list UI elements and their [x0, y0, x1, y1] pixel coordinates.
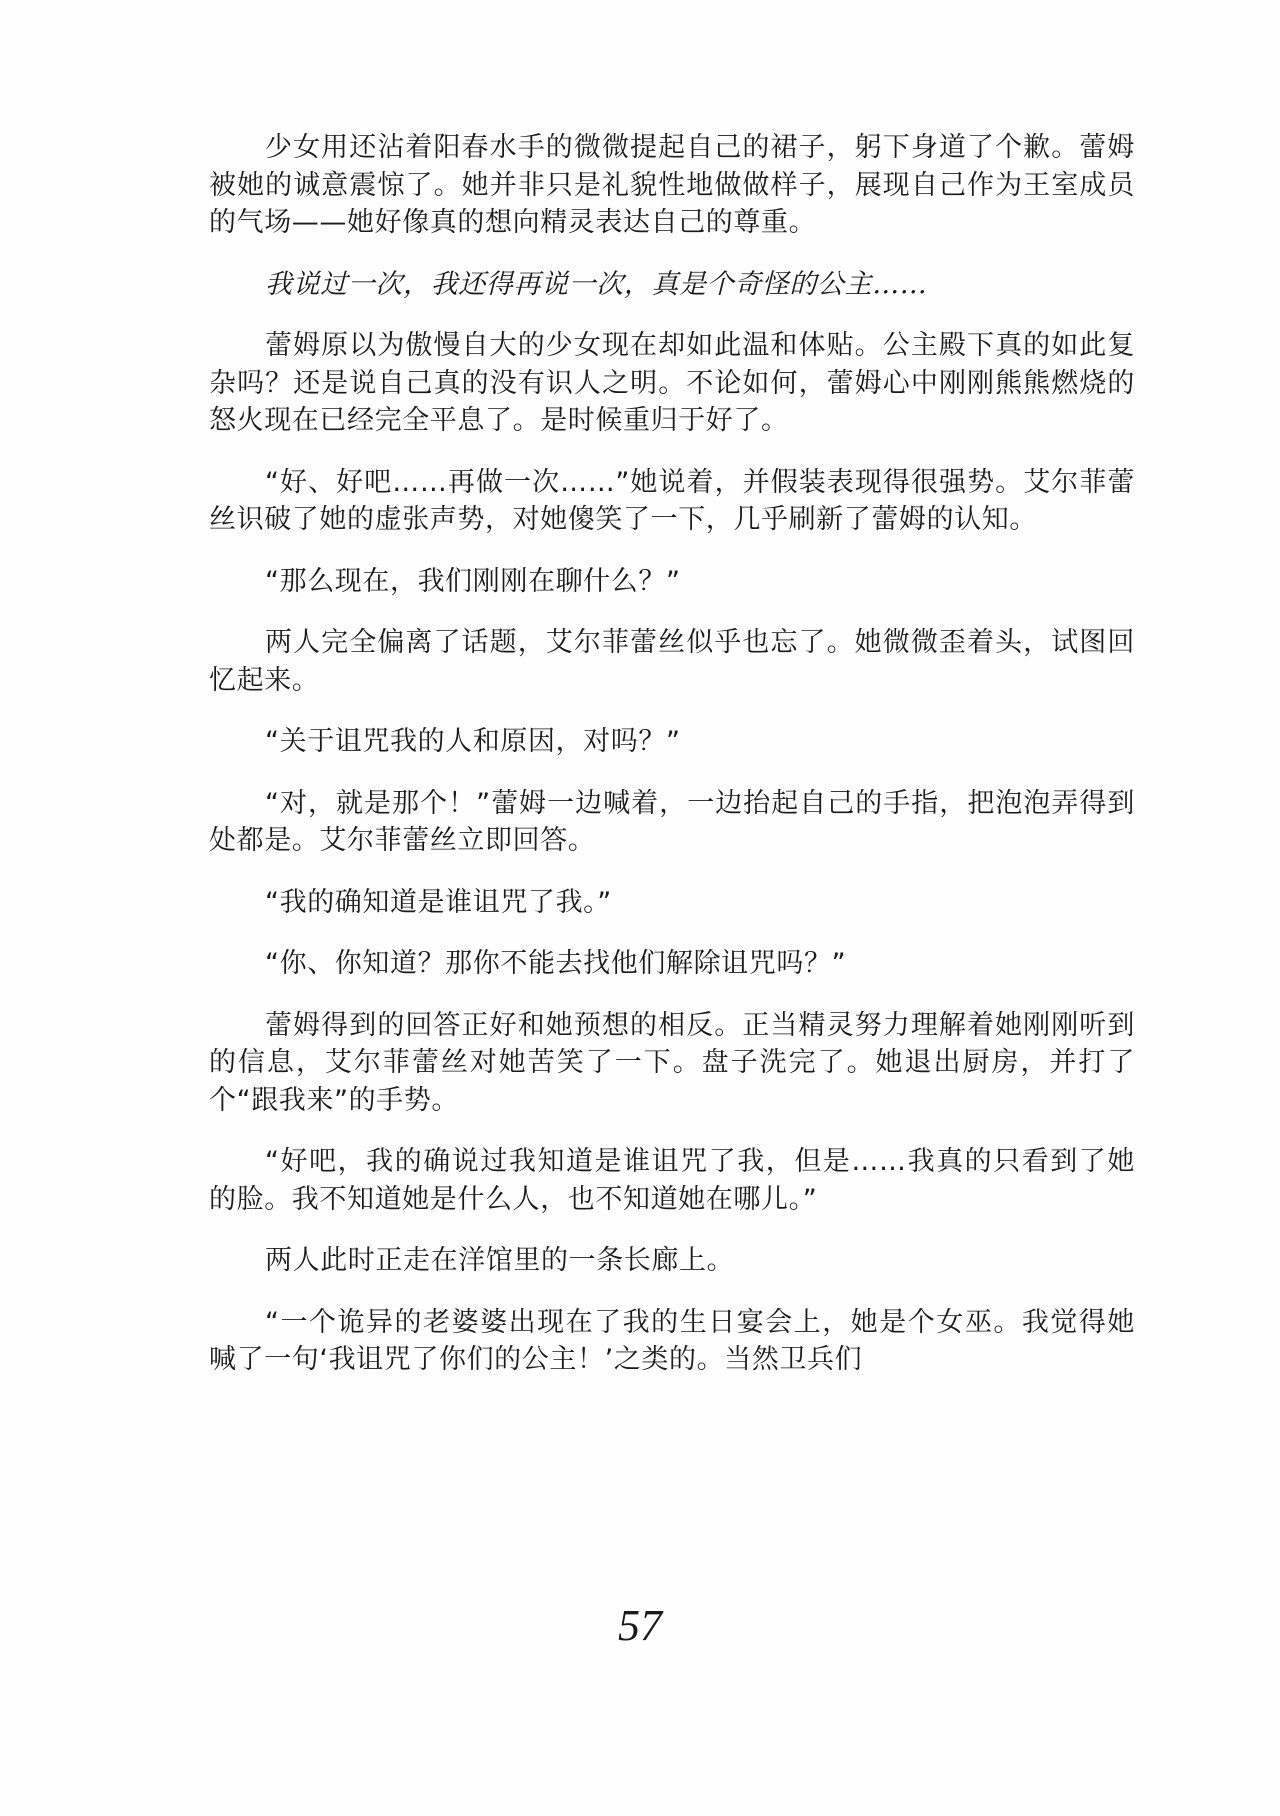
- paragraph: “好、好吧……再做一次……”她说着，并假装表现得很强势。艾尔菲蕾丝识破了她的虚张…: [209, 464, 1135, 539]
- paragraph: 蕾姆得到的回答正好和她预想的相反。正当精灵努力理解着她刚刚听到的信息，艾尔菲蕾丝…: [209, 1007, 1135, 1120]
- page-number: 57: [0, 1600, 1280, 1651]
- paragraph: “我的确知道是谁诅咒了我。”: [209, 884, 1135, 922]
- paragraph: 两人完全偏离了话题，艾尔菲蕾丝似乎也忘了。她微微歪着头，试图回忆起来。: [209, 624, 1135, 699]
- paragraph: “对，就是那个！”蕾姆一边喊着，一边抬起自己的手指，把泡泡弄得到处都是。艾尔菲蕾…: [209, 785, 1135, 860]
- paragraph-inner-thought: 我说过一次，我还得再说一次，真是个奇怪的公主……: [209, 266, 1135, 304]
- paragraph: 两人此时正走在洋馆里的一条长廊上。: [209, 1242, 1135, 1280]
- page-body-text: 少女用还沾着阳春水手的微微提起自己的裙子，躬下身道了个歉。蕾姆被她的诚意震惊了。…: [209, 129, 1135, 1403]
- paragraph: “你、你知道？那你不能去找他们解除诅咒吗？”: [209, 945, 1135, 983]
- paragraph: “一个诡异的老婆婆出现在了我的生日宴会上，她是个女巫。我觉得她喊了一句‘我诅咒了…: [209, 1304, 1135, 1379]
- book-page: 少女用还沾着阳春水手的微微提起自己的裙子，躬下身道了个歉。蕾姆被她的诚意震惊了。…: [0, 0, 1280, 1816]
- paragraph: 蕾姆原以为傲慢自大的少女现在却如此温和体贴。公主殿下真的如此复杂吗？还是说自己真…: [209, 327, 1135, 440]
- paragraph: “关于诅咒我的人和原因，对吗？”: [209, 723, 1135, 761]
- paragraph: “那么现在，我们刚刚在聊什么？”: [209, 563, 1135, 601]
- paragraph: 少女用还沾着阳春水手的微微提起自己的裙子，躬下身道了个歉。蕾姆被她的诚意震惊了。…: [209, 129, 1135, 242]
- paragraph: “好吧，我的确说过我知道是谁诅咒了我，但是……我真的只看到了她的脸。我不知道她是…: [209, 1143, 1135, 1218]
